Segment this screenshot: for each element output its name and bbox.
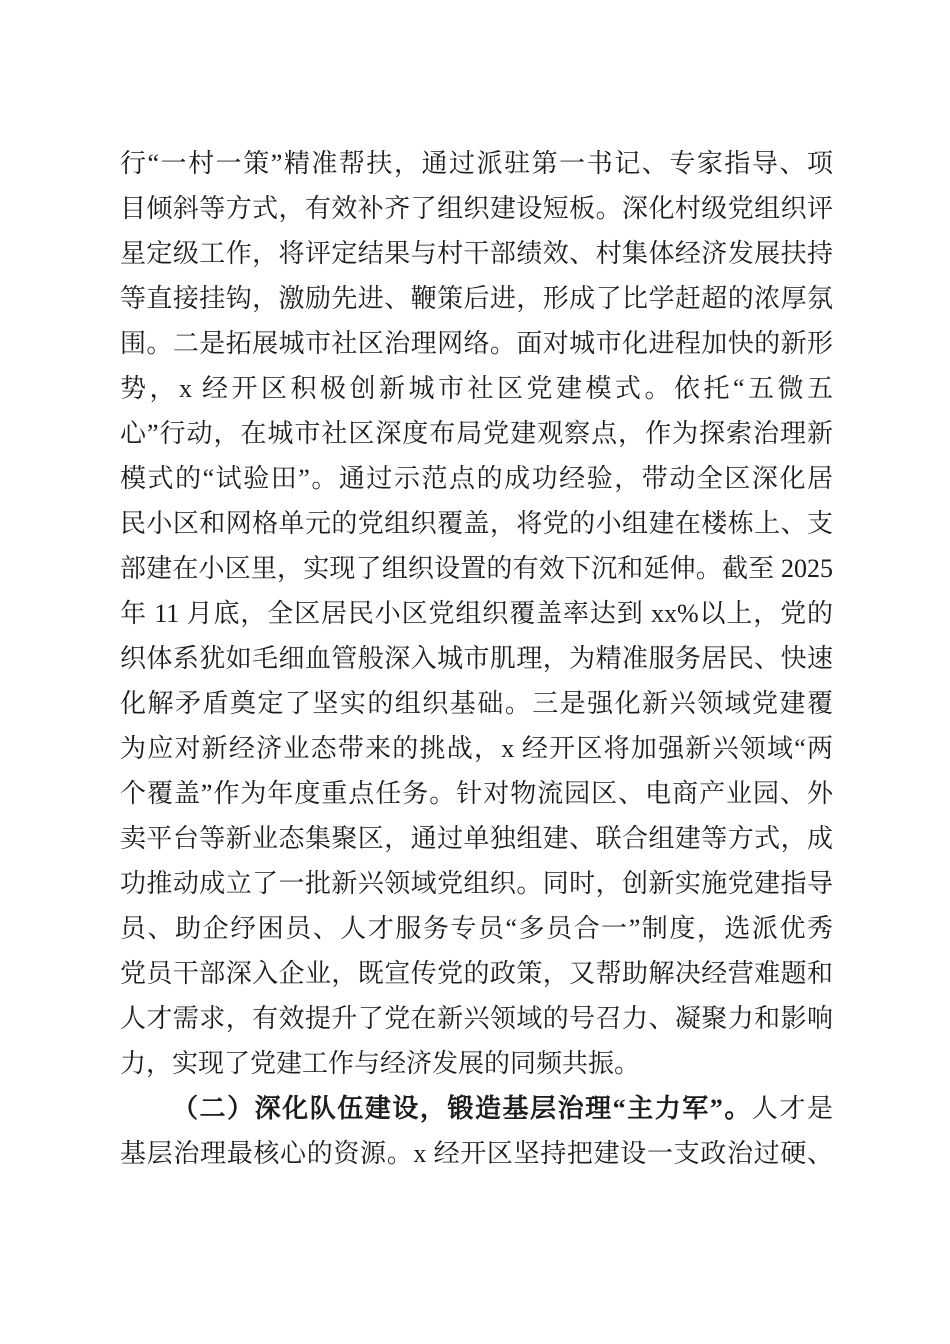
body-text-segment: 党员干部深入企业，既宣传党的政策，又帮助解决经营难题和 bbox=[120, 959, 833, 988]
body-text-segment: 民小区和网格单元的党组织覆盖，将党的小组建在楼栋上、支 bbox=[120, 509, 833, 538]
document-line-7: 心”行动，在城市社区深度布局党建观察点，作为探索治理新 bbox=[120, 411, 833, 456]
document-line-1: 行“一村一策”精准帮扶，通过派驻第一书记、专家指导、项 bbox=[120, 141, 833, 186]
body-text-segment: 年 11 月底，全区居民小区党组织覆盖率达到 xx%以上，党的组 bbox=[120, 599, 833, 636]
body-text-segment: 心”行动，在城市社区深度布局党建观察点，作为探索治理新 bbox=[120, 419, 833, 448]
document-line-21: 力，实现了党建工作与经济发展的同频共振。 bbox=[120, 1041, 833, 1086]
bold-heading-segment: （二）深化队伍建设，锻造基层治理“主力军”。 bbox=[172, 1094, 752, 1123]
body-text-segment: 为应对新经济业态带来的挑战，x 经开区将加强新兴领域“两 bbox=[120, 734, 833, 763]
body-text-segment: 目倾斜等方式，有效补齐了组织建设短板。深化村级党组织评 bbox=[120, 194, 833, 223]
body-text-segment: 星定级工作，将评定结果与村干部绩效、村集体经济发展扶持 bbox=[120, 239, 833, 268]
body-text-segment: 人才是 bbox=[752, 1094, 833, 1123]
body-text-segment: 功推动成立了一批新兴领域党组织。同时，创新实施党建指导 bbox=[120, 869, 833, 898]
body-text-segment: 围。二是拓展城市社区治理网络。面对城市化进程加快的新形 bbox=[120, 329, 833, 358]
body-text-segment: 等直接挂钩，激励先进、鞭策后进，形成了比学赶超的浓厚氛 bbox=[120, 284, 833, 313]
document-line-23: 基层治理最核心的资源。x 经开区坚持把建设一支政治过硬、 bbox=[120, 1131, 833, 1176]
document-page: 行“一村一策”精准帮扶，通过派驻第一书记、专家指导、项目倾斜等方式，有效补齐了组… bbox=[0, 0, 950, 1344]
body-text-segment: 化解矛盾奠定了坚实的组织基础。三是强化新兴领域党建覆盖。 bbox=[120, 689, 833, 726]
body-text-segment: 基层治理最核心的资源。x 经开区坚持把建设一支政治过硬、 bbox=[120, 1139, 833, 1168]
document-line-12: 织体系犹如毛细血管般深入城市肌理，为精准服务居民、快速 bbox=[120, 636, 833, 681]
document-line-14: 为应对新经济业态带来的挑战，x 经开区将加强新兴领域“两 bbox=[120, 726, 833, 771]
document-line-19: 党员干部深入企业，既宣传党的政策，又帮助解决经营难题和 bbox=[120, 951, 833, 996]
document-text-block: 行“一村一策”精准帮扶，通过派驻第一书记、专家指导、项目倾斜等方式，有效补齐了组… bbox=[120, 141, 833, 1176]
document-line-15: 个覆盖”作为年度重点任务。针对物流园区、电商产业园、外 bbox=[120, 771, 833, 816]
document-line-22: （二）深化队伍建设，锻造基层治理“主力军”。人才是 bbox=[120, 1086, 833, 1131]
body-text-segment: 织体系犹如毛细血管般深入城市肌理，为精准服务居民、快速 bbox=[120, 644, 833, 673]
body-text-segment: 模式的“试验田”。通过示范点的成功经验，带动全区深化居 bbox=[120, 464, 833, 493]
body-text-segment: 势，x 经开区积极创新城市社区党建模式。依托“五微五 bbox=[120, 374, 833, 403]
document-line-13: 化解矛盾奠定了坚实的组织基础。三是强化新兴领域党建覆盖。 bbox=[120, 681, 833, 726]
document-line-8: 模式的“试验田”。通过示范点的成功经验，带动全区深化居 bbox=[120, 456, 833, 501]
document-line-5: 围。二是拓展城市社区治理网络。面对城市化进程加快的新形 bbox=[120, 321, 833, 366]
document-line-6: 势，x 经开区积极创新城市社区党建模式。依托“五微五 bbox=[120, 366, 833, 411]
body-text-segment: 卖平台等新业态集聚区，通过单独组建、联合组建等方式，成 bbox=[120, 824, 833, 853]
document-line-11: 年 11 月底，全区居民小区党组织覆盖率达到 xx%以上，党的组 bbox=[120, 591, 833, 636]
document-line-4: 等直接挂钩，激励先进、鞭策后进，形成了比学赶超的浓厚氛 bbox=[120, 276, 833, 321]
body-text-segment: 部建在小区里，实现了组织设置的有效下沉和延伸。截至 2025 bbox=[120, 554, 833, 583]
document-line-9: 民小区和网格单元的党组织覆盖，将党的小组建在楼栋上、支 bbox=[120, 501, 833, 546]
document-line-17: 功推动成立了一批新兴领域党组织。同时，创新实施党建指导 bbox=[120, 861, 833, 906]
document-line-3: 星定级工作，将评定结果与村干部绩效、村集体经济发展扶持 bbox=[120, 231, 833, 276]
document-line-16: 卖平台等新业态集聚区，通过单独组建、联合组建等方式，成 bbox=[120, 816, 833, 861]
document-line-10: 部建在小区里，实现了组织设置的有效下沉和延伸。截至 2025 bbox=[120, 546, 833, 591]
document-line-20: 人才需求，有效提升了党在新兴领域的号召力、凝聚力和影响 bbox=[120, 996, 833, 1041]
body-text-segment: 行“一村一策”精准帮扶，通过派驻第一书记、专家指导、项 bbox=[120, 149, 833, 178]
body-text-segment: 员、助企纾困员、人才服务专员“多员合一”制度，选派优秀 bbox=[120, 914, 833, 943]
body-text-segment: 人才需求，有效提升了党在新兴领域的号召力、凝聚力和影响 bbox=[120, 1004, 833, 1033]
document-line-18: 员、助企纾困员、人才服务专员“多员合一”制度，选派优秀 bbox=[120, 906, 833, 951]
document-line-2: 目倾斜等方式，有效补齐了组织建设短板。深化村级党组织评 bbox=[120, 186, 833, 231]
body-text-segment: 个覆盖”作为年度重点任务。针对物流园区、电商产业园、外 bbox=[120, 779, 833, 808]
body-text-segment: 力，实现了党建工作与经济发展的同频共振。 bbox=[120, 1049, 640, 1078]
